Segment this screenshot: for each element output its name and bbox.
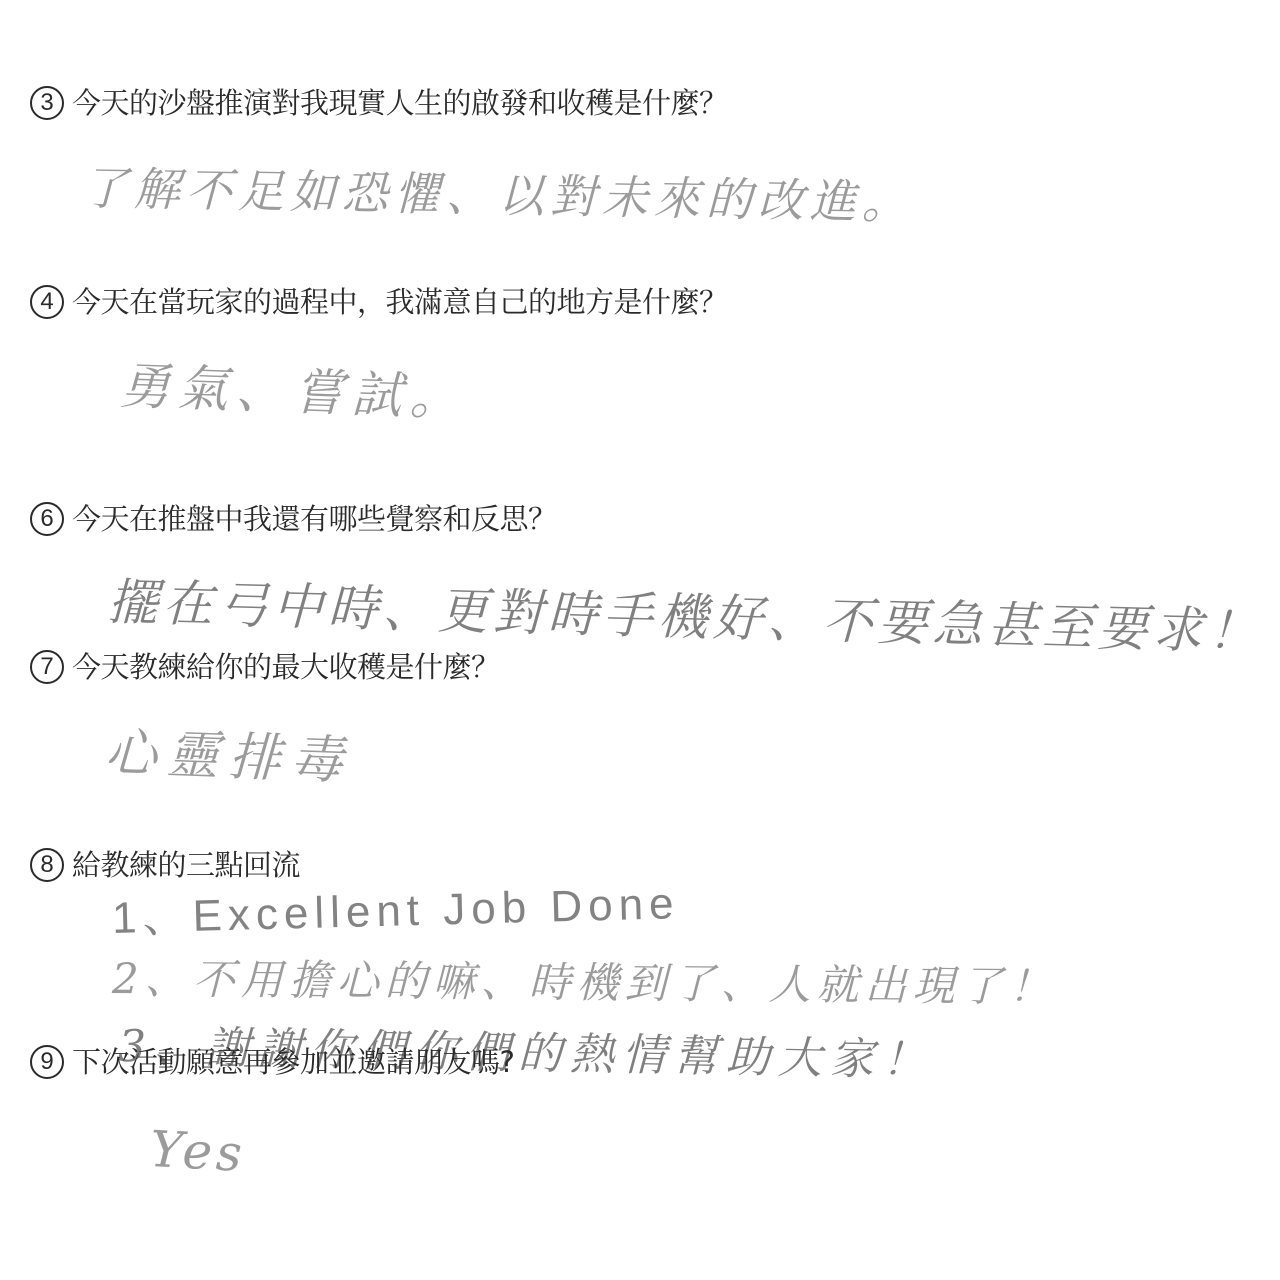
question-text: 今天教練給你的最大收穫是什麼？ — [72, 653, 500, 682]
question-text: 今天在當玩家的過程中，我滿意自己的地方是什麼？ — [72, 288, 728, 317]
question-6: 6 今天在推盤中我還有哪些覺察和反思？ — [30, 502, 557, 536]
question-9: 9 下次活動願意再參加並邀請朋友嗎? — [30, 1045, 514, 1079]
question-8: 8 給教練的三點回流 — [30, 848, 300, 882]
answer-6-handwritten: 擺在弓中時、更對時手機好、不要急甚至要求！ — [107, 562, 1263, 664]
question-number-circle: 7 — [30, 650, 64, 684]
question-number-circle: 8 — [30, 848, 64, 882]
answer-4-handwritten: 勇氣、嘗試。 — [119, 346, 469, 430]
answer-3-handwritten: 了解不足如恐懼、以對未來的改進。 — [81, 152, 914, 233]
question-text: 下次活動願意再參加並邀請朋友嗎? — [72, 1048, 514, 1077]
answer-7-handwritten: 心靈排毒 — [104, 710, 354, 794]
question-number-circle: 6 — [30, 502, 64, 536]
question-number-circle: 9 — [30, 1045, 64, 1079]
answer-9-handwritten: Yes — [148, 1120, 247, 1183]
question-text: 給教練的三點回流 — [72, 851, 300, 880]
question-4: 4 今天在當玩家的過程中，我滿意自己的地方是什麼？ — [30, 285, 728, 319]
question-3: 3 今天的沙盤推演對我現實人生的啟發和收穫是什麼？ — [30, 86, 728, 120]
question-text: 今天在推盤中我還有哪些覺察和反思？ — [72, 505, 557, 534]
question-text: 今天的沙盤推演對我現實人生的啟發和收穫是什麼？ — [72, 89, 728, 118]
question-number-circle: 3 — [30, 86, 64, 120]
answer-8-item-2-handwritten: 2、不用擔心的嘛、時機到了、人就出現了！ — [112, 946, 1057, 1014]
answer-8-item-1-handwritten: 1、Excellent Job Done — [111, 867, 680, 946]
question-7: 7 今天教練給你的最大收穫是什麼？ — [30, 650, 500, 684]
question-number-circle: 4 — [30, 285, 64, 319]
feedback-form-page: 3 今天的沙盤推演對我現實人生的啟發和收穫是什麼？ 了解不足如恐懼、以對未來的改… — [0, 0, 1280, 1280]
